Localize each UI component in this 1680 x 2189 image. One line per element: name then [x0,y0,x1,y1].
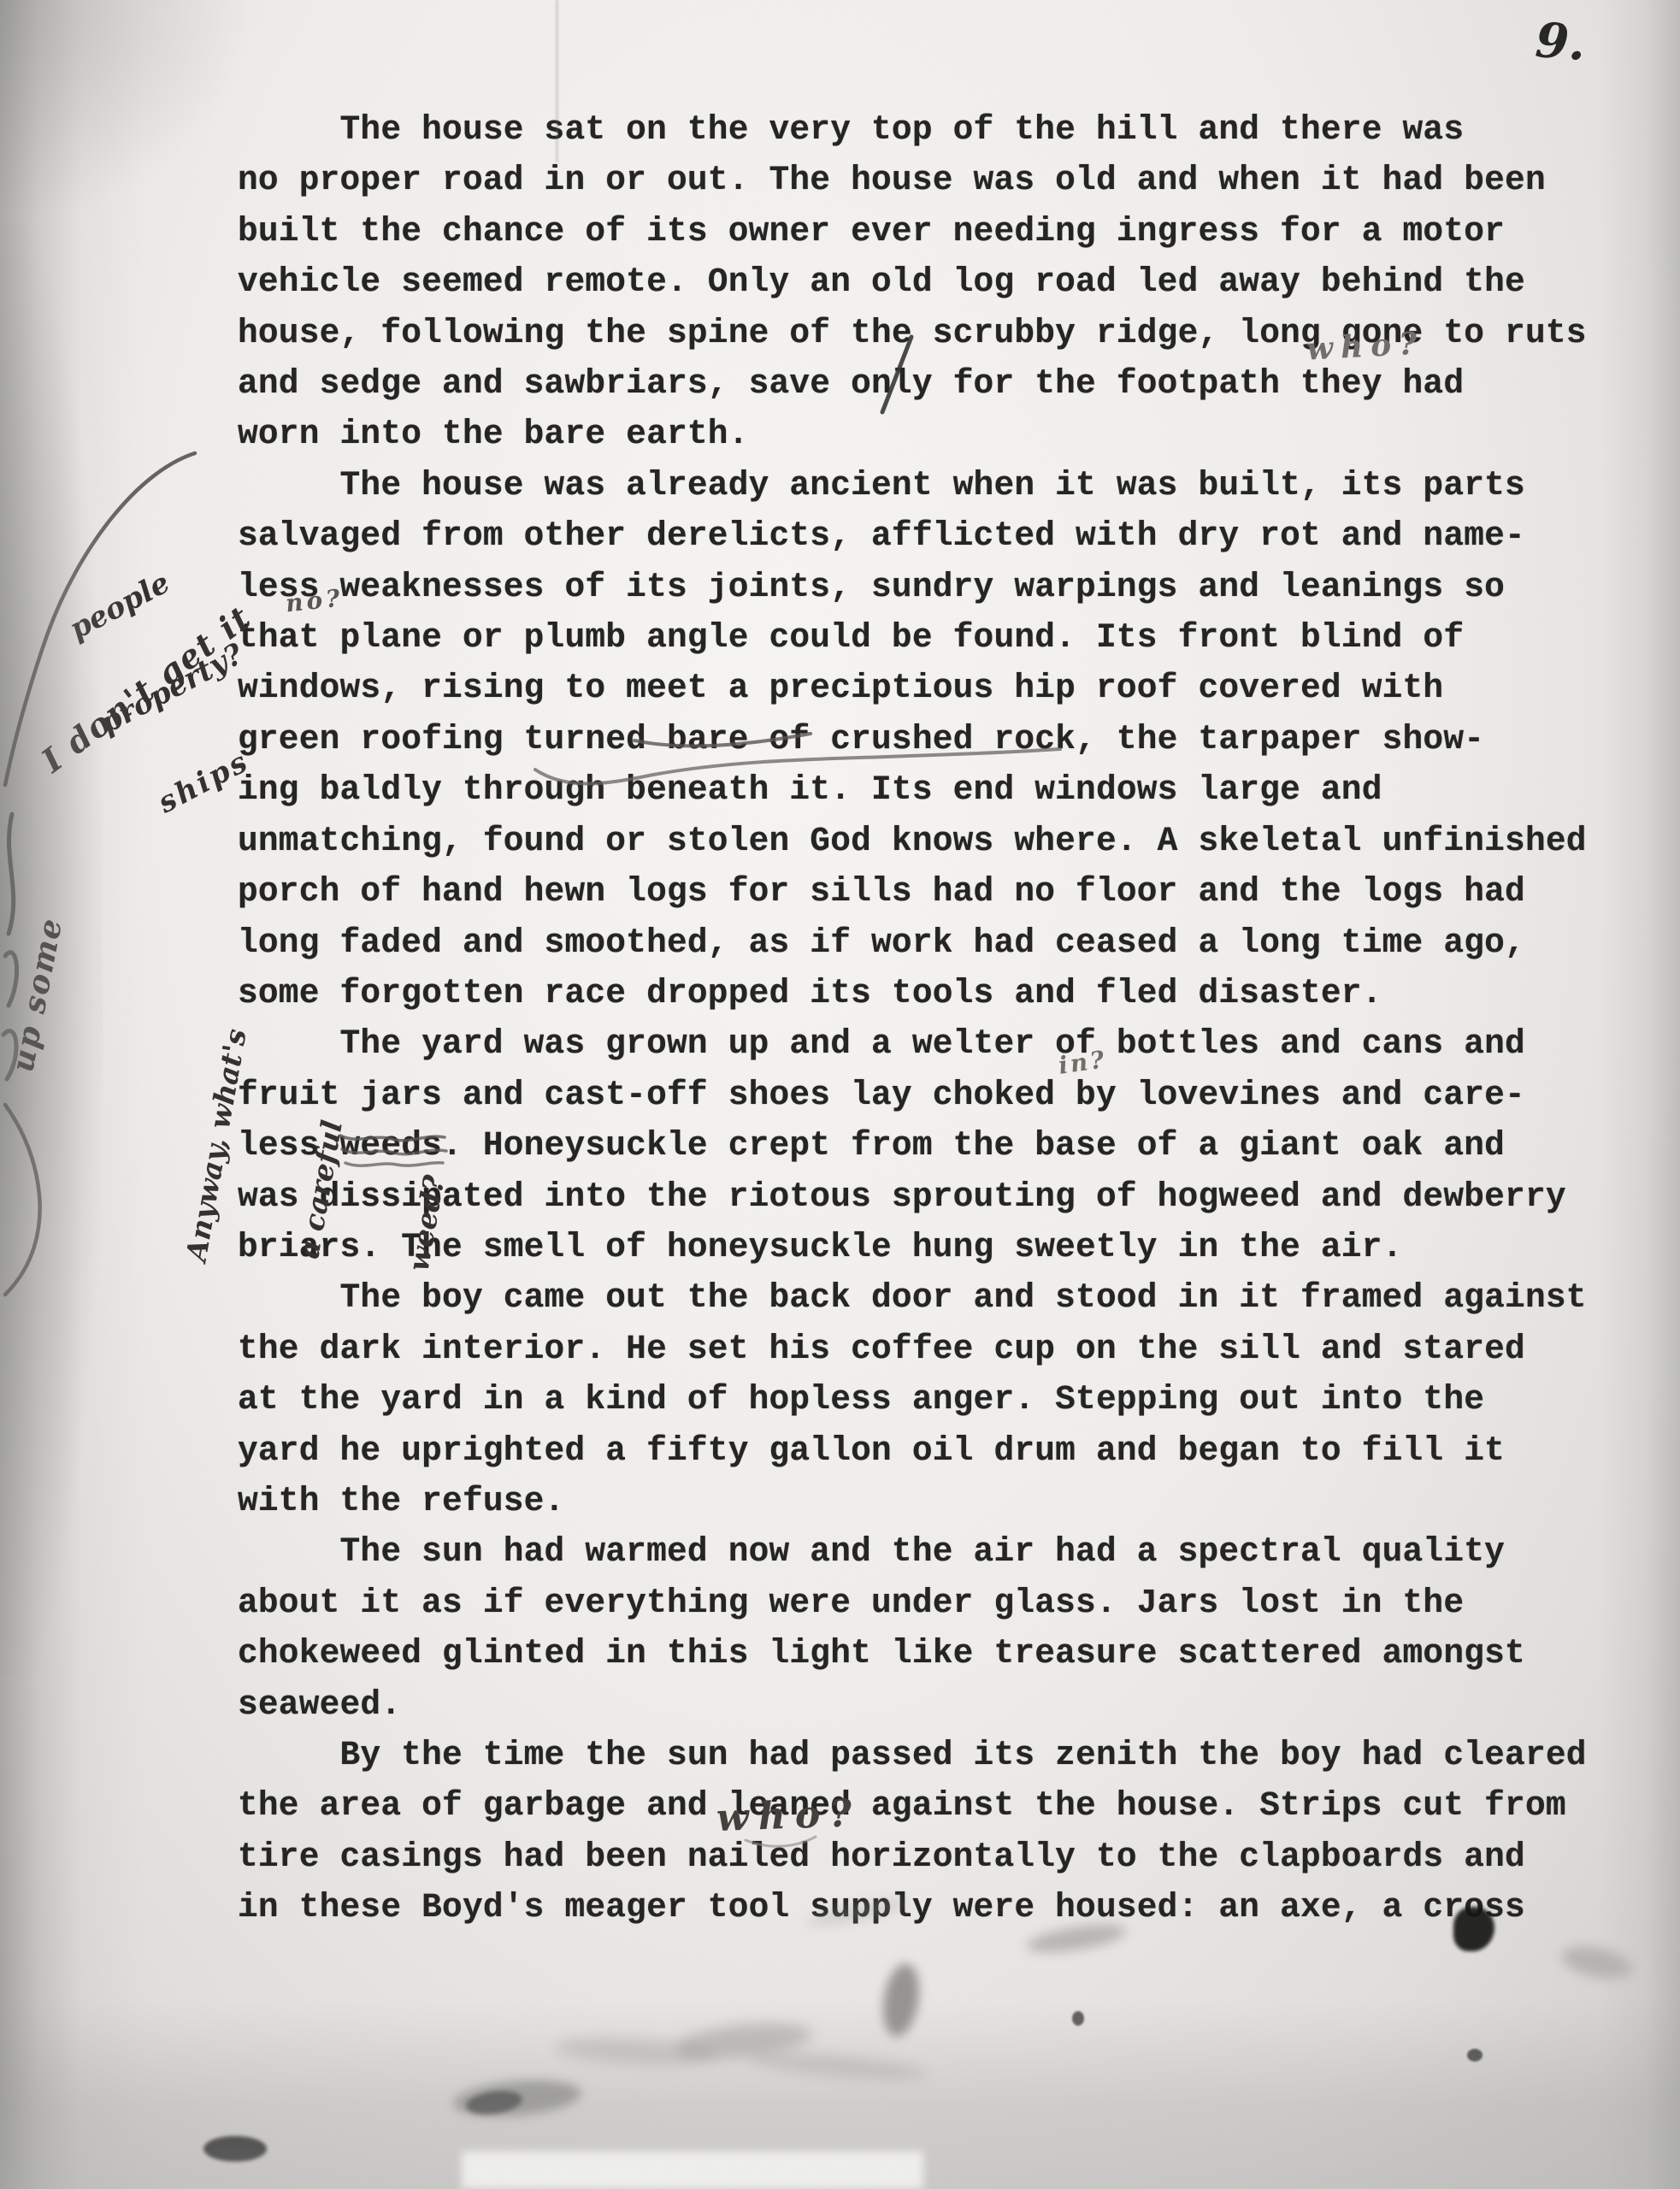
ink-speck [1072,2011,1084,2026]
ink-smudge [452,2076,583,2121]
typescript-line: green roofing turned bare of crushed roc… [238,714,1606,764]
ink-speck [1467,2049,1483,2062]
typescript-line: with the refuse. [238,1476,1606,1526]
margin-bracket-curve-bottom [5,1105,40,1295]
typescript-line: long faded and smoothed, as if work had … [238,917,1606,968]
ink-blot [203,2136,267,2162]
typescript-line: tire casings had been nailed horizontall… [238,1832,1606,1882]
typescript-line: no proper road in or out. The house was … [238,155,1606,205]
typescript-line: and sedge and sawbriars, save only for t… [238,358,1606,409]
cutoff-scribble-left-edge [5,953,17,1006]
scan-shadow-top-left [0,0,256,222]
ink-smudge [674,2018,813,2065]
typescript-line: some forgotten race dropped its tools an… [238,968,1606,1018]
scan-shadow-right [1599,0,1680,2189]
typescript-line: the area of garbage and leaned against t… [238,1780,1606,1831]
typescript-line: unmatching, found or stolen God knows wh… [238,816,1606,866]
typescript-line: windows, rising to meet a preciptious hi… [238,663,1606,713]
typescript-line: built the chance of its owner ever needi… [238,206,1606,257]
page-number: 9. [1534,12,1588,72]
ink-smudge [1559,1941,1635,1985]
margin-note-up-some: up some [4,914,69,1075]
typescript-line: The house was already ancient when it wa… [238,460,1606,510]
typescript-line: The yard was grown up and a welter of bo… [238,1018,1606,1069]
ink-smudge [747,2048,928,2084]
typescript-line: in these Boyd's meager tool supply were … [238,1882,1606,1932]
typescript-line: yard he uprighted a fifty gallon oil dru… [238,1425,1606,1476]
typescript-line: The house sat on the very top of the hil… [238,104,1606,155]
typescript-line: By the time the sun had passed its zenit… [238,1730,1606,1780]
typescript-line: seaweed. [238,1679,1606,1730]
typescript-line: salvaged from other derelicts, afflicted… [238,510,1606,561]
typescript-line: that plane or plumb angle could be found… [238,612,1606,663]
typescript-line: porch of hand hewn logs for sills had no… [238,866,1606,917]
typescript-line: about it as if everything were under gla… [238,1578,1606,1628]
typescript-line: the dark interior. He set his coffee cup… [238,1324,1606,1374]
handwritten-note-who-above-leaned: who? [716,1791,862,1840]
typescript-line: at the yard in a kind of hopless anger. … [238,1374,1606,1425]
margin-note-line: people [64,552,203,646]
ink-smudge [465,2088,524,2118]
margin-note-line: Anyway, what's [178,1026,255,1265]
ink-smudge [553,2034,716,2068]
typescript-line: worn into the bare earth. [238,409,1606,459]
typescript-line: The sun had warmed now and the air had a… [238,1526,1606,1577]
typescript-line: ing baldly through beneath it. Its end w… [238,764,1606,815]
scan-light-strip-bottom [462,2151,923,2189]
scan-shadow-left [0,0,145,2189]
typescript-body: The house sat on the very top of the hil… [238,104,1606,1933]
cutoff-scribble-left-edge [9,814,14,934]
ink-smudge [879,1961,924,2039]
margin-note-line: weed? [400,1065,472,1274]
scan-shadow-bottom [0,2001,1680,2189]
margin-note-line: ships [153,723,294,819]
typescript-line: chokeweed glinted in this light like tre… [238,1628,1606,1679]
manuscript-page: The house sat on the very top of the hil… [0,0,1680,2189]
margin-note-line: a careful [290,1045,363,1261]
handwritten-note-who-above-they: who? [1306,325,1425,367]
typescript-line: vehicle seemed remote. Only an old log r… [238,257,1606,307]
typescript-line: less weaknesses of its joints, sundry wa… [238,562,1606,612]
handwritten-note-no-above-plane: no? [284,584,345,618]
